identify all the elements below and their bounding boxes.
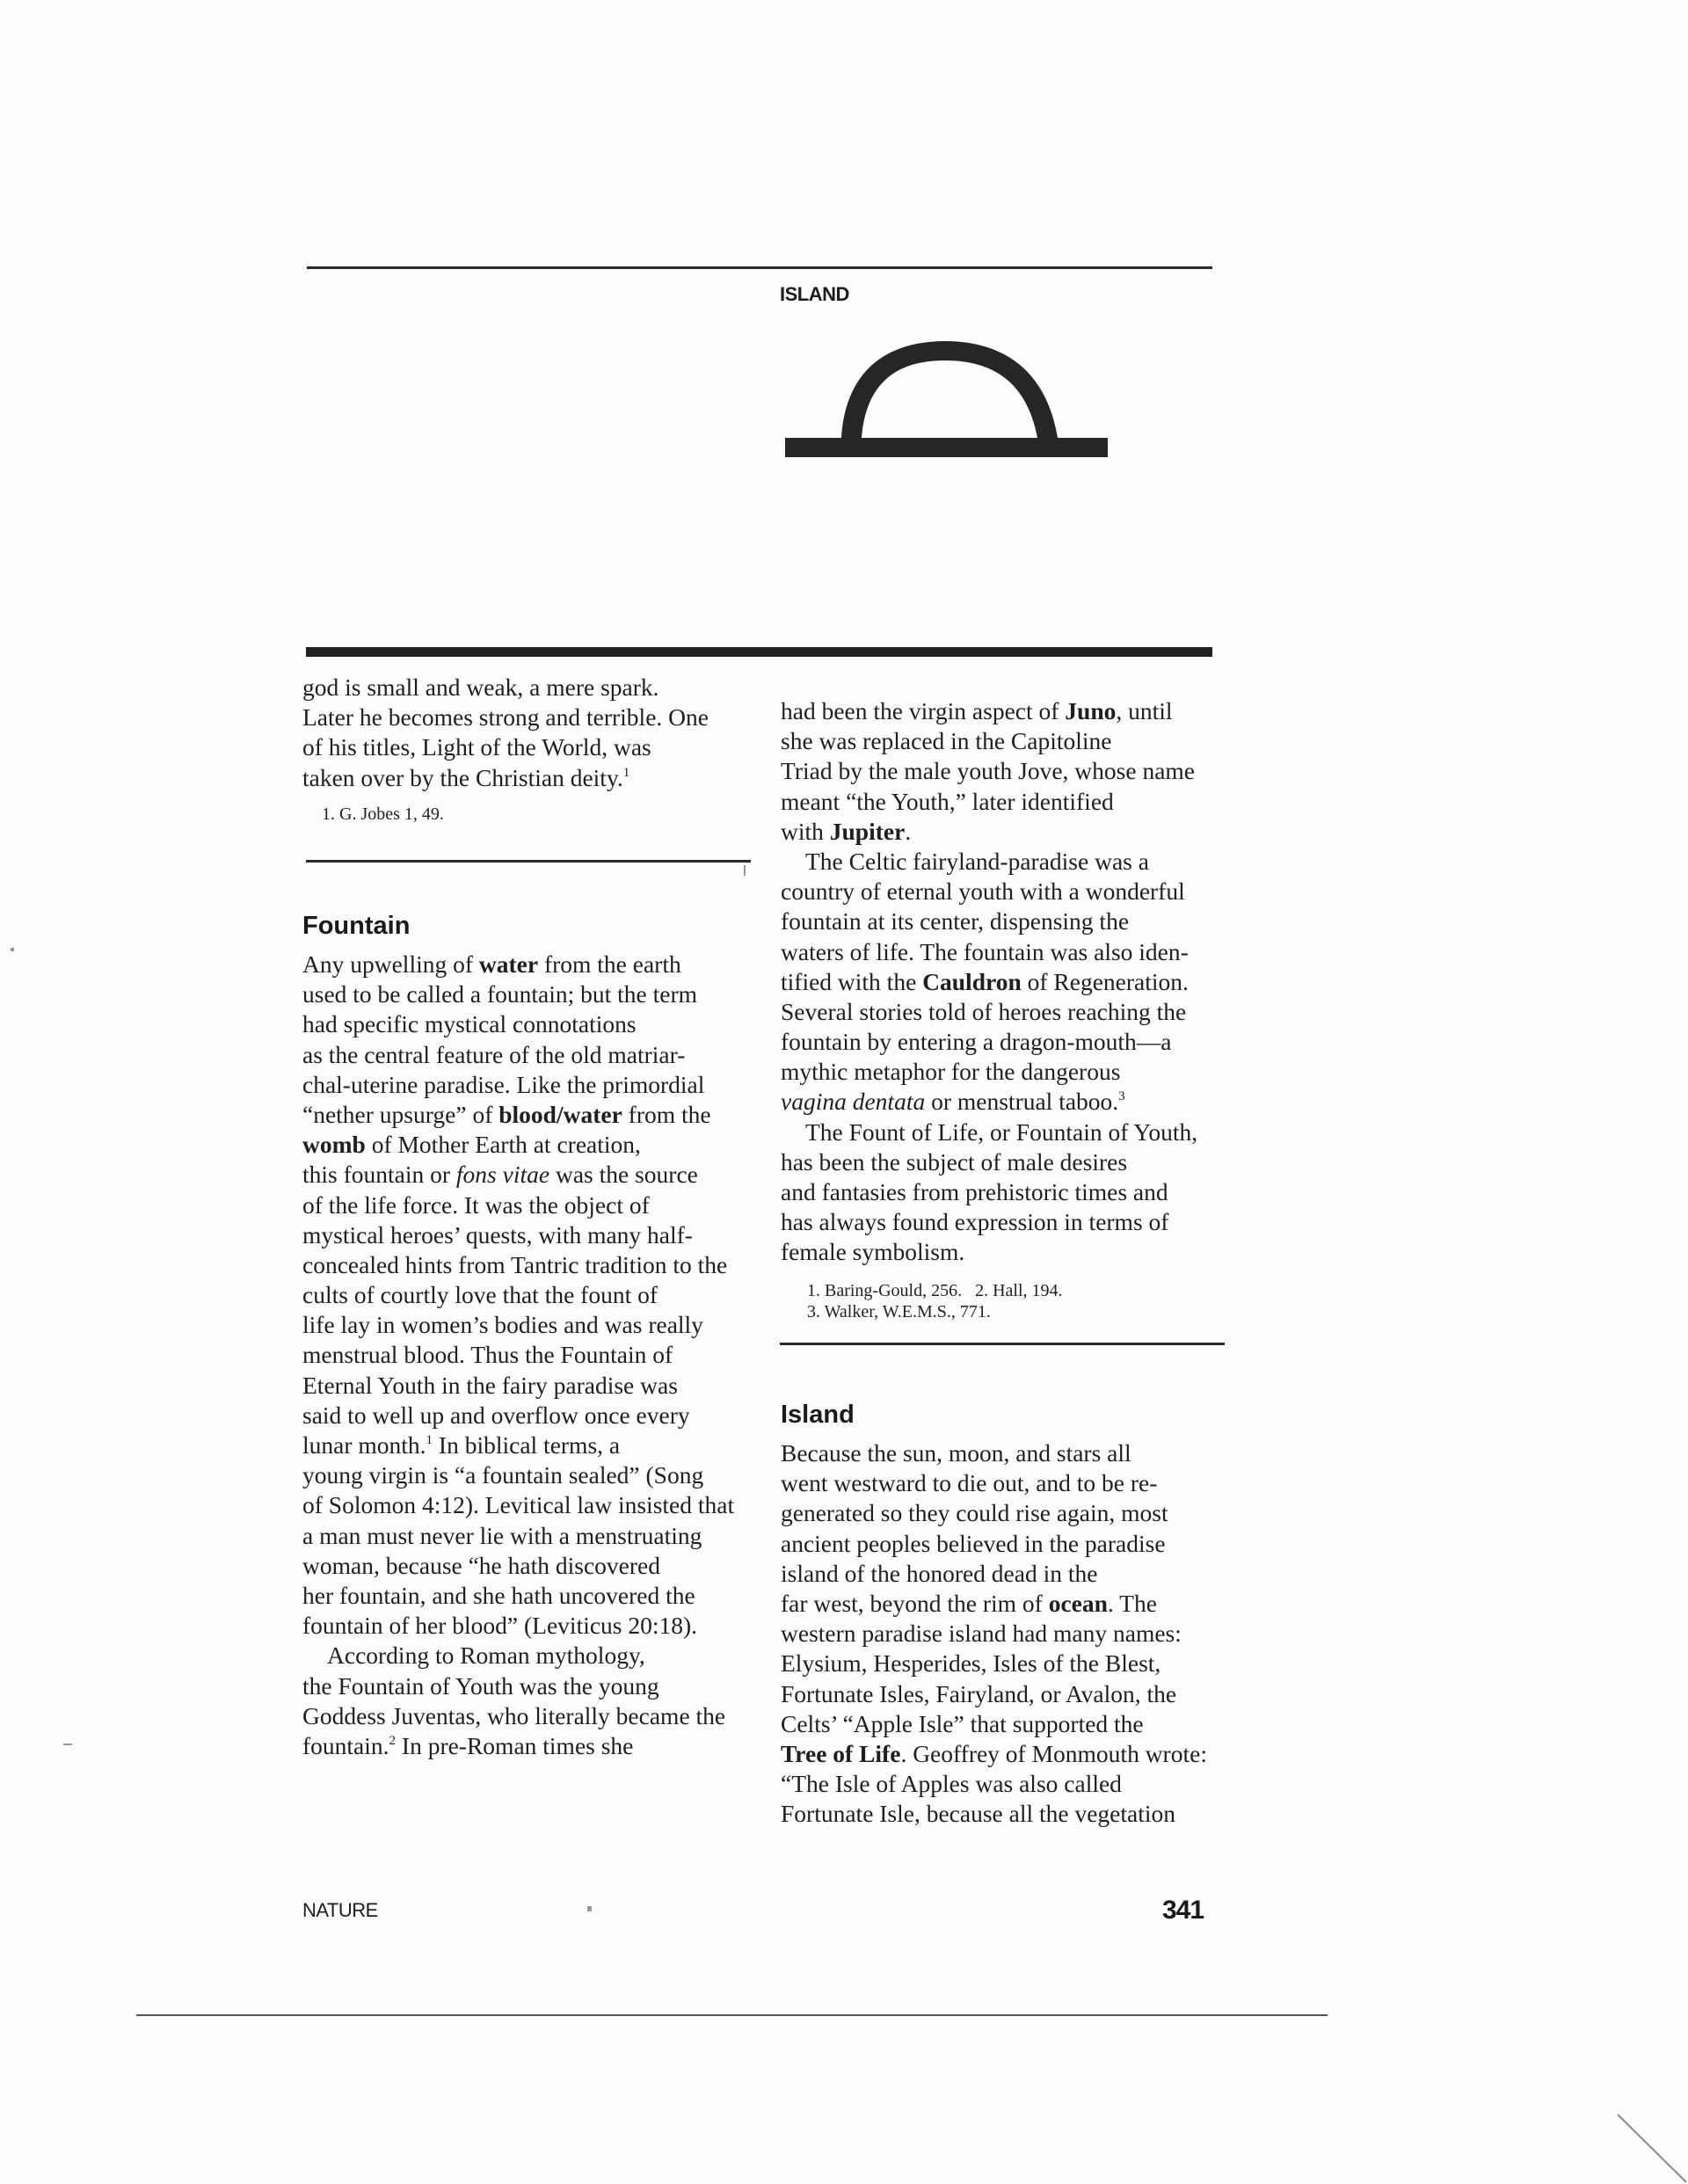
text-line: of the life force. It was the object of [302,1190,760,1220]
text-line: a man must never lie with a menstruating [302,1521,760,1551]
text-line: life lay in women’s bodies and was reall… [302,1310,760,1340]
footnote: 1. Baring-Gould, 256. 2. Hall, 194. [807,1280,1238,1301]
text-line: as the central feature of the old matria… [302,1040,760,1070]
fountain-continued-body: had been the virgin aspect of Juno, unti… [781,696,1238,1268]
text-line: Fortunate Isle, because all the vegetati… [781,1799,1238,1829]
text-line: Elysium, Hesperides, Isles of the Blest, [781,1649,1238,1678]
text-line: had been the virgin aspect of Juno, unti… [781,696,1238,726]
cross-reference-term: Tree of Life [781,1740,900,1767]
entry-heading-island: Island [781,1400,1238,1438]
scan-artifact-diagonal [1609,2106,1688,2184]
text-line: said to well up and overflow once every [302,1401,760,1431]
text-line: The Fount of Life, or Fountain of Youth, [781,1117,1238,1147]
text-line: and fantasies from prehistoric times and [781,1177,1238,1207]
text-line: Later he becomes strong and terrible. On… [302,703,751,732]
text-line: According to Roman mythology, [302,1641,760,1671]
text-line: this fountain or fons vitae was the sour… [302,1160,760,1190]
text-line: concealed hints from Tantric tradition t… [302,1250,760,1280]
text-line: Celts’ “Apple Isle” that supported the [781,1709,1238,1739]
page-number: 341 [1162,1896,1204,1926]
text-line: country of eternal youth with a wonderfu… [781,877,1238,906]
text-line: far west, beyond the rim of ocean. The [781,1589,1238,1619]
text-line: waters of life. The fountain was also id… [781,937,1238,967]
text-line: lunar month.1 In biblical terms, a [302,1431,760,1460]
text-line: young virgin is “a fountain sealed” (Son… [302,1460,760,1490]
text-line: tified with the Cauldron of Regeneration… [781,967,1238,997]
text-line: woman, because “he hath discovered [302,1551,760,1581]
text-line: god is small and weak, a mere spark. [302,673,751,703]
left-column: god is small and weak, a mere spark. Lat… [302,673,751,825]
cross-reference-term: ocean [1049,1590,1108,1617]
text-line: ancient peoples believed in the paradise [781,1529,1238,1559]
fountain-body: Any upwelling of water from the earthuse… [302,950,760,1761]
italic-term: vagina dentata [781,1088,925,1115]
footnote-ref: 3 [1118,1089,1125,1103]
text-line: chal-uterine paradise. Like the primordi… [302,1070,760,1100]
text-line: mystical heroes’ quests, with many half- [302,1220,760,1250]
text-line: has always found expression in terms of [781,1207,1238,1237]
text-line: had specific mystical connotations [302,1009,760,1039]
text-line: Fortunate Isles, Fairyland, or Avalon, t… [781,1679,1238,1709]
text-line: of his titles, Light of the World, was [302,732,751,762]
entry-heading-fountain: Fountain [302,911,760,950]
text-line: mythic metaphor for the dangerous [781,1057,1238,1087]
text-line: Because the sun, moon, and stars all [781,1438,1238,1468]
text-line: went westward to die out, and to be re- [781,1468,1238,1498]
footnote-ref: 2 [389,1734,397,1748]
running-head: ISLAND [780,283,849,306]
header-top-rule [307,266,1212,269]
right-column: had been the virgin aspect of Juno, unti… [781,696,1238,1322]
text-line: Several stories told of heroes reaching … [781,997,1238,1027]
text-line: with Jupiter. [781,817,1238,847]
text-line: western paradise island had many names: [781,1619,1238,1649]
island-body: Because the sun, moon, and stars allwent… [781,1438,1238,1829]
scan-bottom-rule [136,2014,1328,2016]
cross-reference-term: Juno [1065,697,1116,724]
cross-reference-term: womb [302,1131,366,1158]
text-line-with-ref: taken over by the Christian deity.1 [302,763,751,793]
footnote-ref: 1 [623,766,630,780]
text-line: has been the subject of male desires [781,1147,1238,1177]
text-line: Triad by the male youth Jove, whose name [781,756,1238,786]
text-line: the Fountain of Youth was the young [302,1671,760,1701]
text-line: womb of Mother Earth at creation, [302,1130,760,1160]
text-line: Goddess Juventas, who literally became t… [302,1701,760,1731]
text-line: meant “the Youth,” later identified [781,787,1238,817]
text-line: Any upwelling of water from the earth [302,950,760,979]
text-line: fountain at its center, dispensing the [781,906,1238,936]
text-line: island of the honored dead in the [781,1559,1238,1589]
text-line: The Celtic fairyland-paradise was a [781,847,1238,877]
text-line: vagina dentata or menstrual taboo.3 [781,1087,1238,1117]
text-line: generated so they could rise again, most [781,1498,1238,1528]
right-notes-rule [780,1343,1225,1345]
footer-section-label: NATURE [302,1899,378,1922]
text-line: her fountain, and she hath uncovered the [302,1581,760,1611]
cross-reference-term: Jupiter [830,818,906,845]
text-line: fountain of her blood” (Leviticus 20:18)… [302,1611,760,1641]
italic-term: fons vitae [456,1161,549,1188]
footnote: 1. G. Jobes 1, 49. [322,804,751,825]
island-entry: Island Because the sun, moon, and stars … [781,1400,1238,1829]
text-line: female symbolism. [781,1237,1238,1267]
fountain-entry: Fountain Any upwelling of water from the… [302,911,760,1761]
cross-reference-term: Cauldron [922,968,1022,995]
text-line: “nether upsurge” of blood/water from the [302,1100,760,1130]
text-line: fountain by entering a dragon-mouth—a [781,1027,1238,1057]
text-line: menstrual blood. Thus the Fountain of [302,1340,760,1370]
text-line: Tree of Life. Geoffrey of Monmouth wrote… [781,1739,1238,1769]
text-line: cults of courtly love that the fount of [302,1280,760,1310]
footnote-ref: 1 [426,1433,433,1447]
cross-reference-term: water [479,950,538,978]
left-notes-rule [306,860,751,863]
text-line: fountain.2 In pre-Roman times she [302,1731,760,1761]
header-bottom-rule [306,647,1212,657]
cross-reference-term: blood/water [498,1101,622,1128]
text-line: she was replaced in the Capitoline [781,726,1238,756]
text-line: of Solomon 4:12). Levitical law insisted… [302,1490,760,1520]
island-symbol-icon [782,334,1112,462]
text-line: Eternal Youth in the fairy paradise was [302,1371,760,1401]
footnote: 3. Walker, W.E.M.S., 771. [807,1301,1238,1322]
text-line: “The Isle of Apples was also called [781,1769,1238,1799]
text-line: used to be called a fountain; but the te… [302,979,760,1009]
